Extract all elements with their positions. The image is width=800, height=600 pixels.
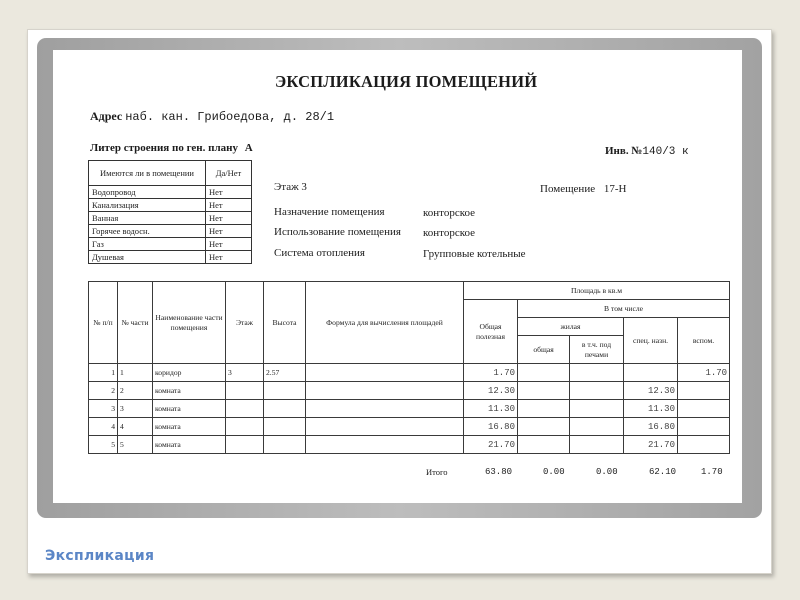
- table-row: 11коридор32.571.701.70: [89, 364, 730, 382]
- table-row: 22комната12.3012.30: [89, 382, 730, 400]
- utility-value: Нет: [206, 251, 252, 264]
- cell-living-total: [518, 418, 570, 436]
- cell-height: 2.57: [264, 364, 306, 382]
- header-living-stove: в т.ч. под печами: [570, 336, 624, 364]
- totals-living-total: 0.00: [543, 467, 565, 477]
- utility-value: Нет: [206, 212, 252, 225]
- totals-special: 62.10: [649, 467, 676, 477]
- header-living-total: общая: [518, 336, 570, 364]
- floor-label: Этаж 3: [274, 181, 307, 193]
- cell-total: 12.30: [464, 382, 518, 400]
- cell-np: 2: [89, 382, 118, 400]
- cell-height: [264, 418, 306, 436]
- table-row: 33комната11.3011.30: [89, 400, 730, 418]
- address-label: Адрес: [90, 109, 122, 123]
- cell-living-stove: [570, 382, 624, 400]
- totals-living-stove: 0.00: [596, 467, 618, 477]
- cell-formula: [306, 364, 464, 382]
- cell-special: 12.30: [624, 382, 678, 400]
- cell-aux: [678, 436, 730, 454]
- utility-name: Ванная: [89, 212, 206, 225]
- cell-living-total: [518, 382, 570, 400]
- header-aux: вспом.: [678, 318, 730, 364]
- cell-total: 11.30: [464, 400, 518, 418]
- cell-floor: 3: [226, 364, 264, 382]
- scanned-document: ЭКСПЛИКАЦИЯ ПОМЕЩЕНИЙ Адрес наб. кан. Гр…: [53, 50, 742, 503]
- cell-name: комната: [153, 436, 226, 454]
- cell-aux: 1.70: [678, 364, 730, 382]
- table-row: 55комната21.7021.70: [89, 436, 730, 454]
- address-line: Адрес наб. кан. Грибоедова, д. 28/1: [90, 109, 334, 124]
- utility-name: Душевая: [89, 251, 206, 264]
- cell-height: [264, 400, 306, 418]
- cell-np: 3: [89, 400, 118, 418]
- address-value: наб. кан. Грибоедова, д. 28/1: [125, 110, 334, 124]
- cell-part: 2: [118, 382, 153, 400]
- utility-value: Нет: [206, 238, 252, 251]
- cell-floor: [226, 418, 264, 436]
- room-line: Помещение 17-Н: [540, 183, 626, 195]
- util-header-yesno: Да/Нет: [206, 161, 252, 186]
- document-title: ЭКСПЛИКАЦИЯ ПОМЕЩЕНИЙ: [275, 72, 537, 92]
- header-height: Высота: [264, 282, 306, 364]
- cell-formula: [306, 382, 464, 400]
- cell-part: 5: [118, 436, 153, 454]
- cell-living-stove: [570, 436, 624, 454]
- cell-np: 1: [89, 364, 118, 382]
- utility-row: ДушеваяНет: [89, 251, 252, 264]
- utility-row: КанализацияНет: [89, 199, 252, 212]
- cell-living-stove: [570, 364, 624, 382]
- utilities-table: Имеются ли в помещении Да/Нет Водопровод…: [88, 160, 252, 264]
- cell-special: [624, 364, 678, 382]
- utility-value: Нет: [206, 199, 252, 212]
- cell-name: комната: [153, 418, 226, 436]
- utility-row: ГазНет: [89, 238, 252, 251]
- cell-part: 1: [118, 364, 153, 382]
- cell-part: 4: [118, 418, 153, 436]
- property-label: Использование помещения: [274, 226, 401, 238]
- header-living: жилая: [518, 318, 624, 336]
- cell-living-total: [518, 364, 570, 382]
- cell-total: 21.70: [464, 436, 518, 454]
- header-including: В том числе: [518, 300, 730, 318]
- header-np: № п/п: [89, 282, 118, 364]
- cell-np: 5: [89, 436, 118, 454]
- cell-living-total: [518, 400, 570, 418]
- cell-height: [264, 436, 306, 454]
- cell-floor: [226, 382, 264, 400]
- cell-np: 4: [89, 418, 118, 436]
- inv-label: Инв. №: [605, 145, 642, 157]
- liter-label: Литер строения по ген. плану: [90, 142, 238, 154]
- liter-value: А: [245, 142, 253, 154]
- cell-special: 16.80: [624, 418, 678, 436]
- slide-caption: Экспликация: [45, 548, 154, 564]
- totals-total: 63.80: [485, 467, 512, 477]
- cell-aux: [678, 400, 730, 418]
- cell-formula: [306, 418, 464, 436]
- utility-name: Горячее водосн.: [89, 225, 206, 238]
- cell-special: 11.30: [624, 400, 678, 418]
- property-value: конторское: [423, 227, 475, 239]
- cell-floor: [226, 436, 264, 454]
- header-formula: Формула для вычисления площадей: [306, 282, 464, 364]
- util-header-presence: Имеются ли в помещении: [89, 161, 206, 186]
- totals-label: Итого: [426, 467, 448, 477]
- cell-living-stove: [570, 400, 624, 418]
- utility-row: ВаннаяНет: [89, 212, 252, 225]
- cell-aux: [678, 382, 730, 400]
- property-label: Система отопления: [274, 247, 365, 259]
- utility-name: Водопровод: [89, 186, 206, 199]
- header-special: спец. назн.: [624, 318, 678, 364]
- explication-table: № п/п № части Наименование части помещен…: [88, 281, 730, 454]
- property-value: конторское: [423, 207, 475, 219]
- header-total: Общая полезная: [464, 300, 518, 364]
- cell-name: коридор: [153, 364, 226, 382]
- utility-value: Нет: [206, 186, 252, 199]
- totals-aux: 1.70: [701, 467, 723, 477]
- inventory-number: Инв. №140/3 к: [605, 145, 689, 158]
- cell-floor: [226, 400, 264, 418]
- utility-name: Газ: [89, 238, 206, 251]
- utility-name: Канализация: [89, 199, 206, 212]
- cell-aux: [678, 418, 730, 436]
- header-part: № части: [118, 282, 153, 364]
- cell-living-total: [518, 436, 570, 454]
- inv-value: 140/3 к: [642, 146, 688, 158]
- cell-name: комната: [153, 400, 226, 418]
- cell-formula: [306, 400, 464, 418]
- cell-formula: [306, 436, 464, 454]
- utility-row: Горячее водосн.Нет: [89, 225, 252, 238]
- utility-row: ВодопроводНет: [89, 186, 252, 199]
- cell-height: [264, 382, 306, 400]
- cell-total: 16.80: [464, 418, 518, 436]
- header-floor: Этаж: [226, 282, 264, 364]
- room-label: Помещение: [540, 183, 595, 195]
- liter-line: Литер строения по ген. плану А: [90, 142, 253, 154]
- header-area: Площадь в кв.м: [464, 282, 730, 300]
- table-row: 44комната16.8016.80: [89, 418, 730, 436]
- header-name: Наименование части помещения: [153, 282, 226, 364]
- cell-total: 1.70: [464, 364, 518, 382]
- cell-name: комната: [153, 382, 226, 400]
- cell-special: 21.70: [624, 436, 678, 454]
- room-value: 17-Н: [604, 183, 627, 195]
- property-value: Групповые котельные: [423, 248, 526, 260]
- property-label: Назначение помещения: [274, 206, 385, 218]
- utility-value: Нет: [206, 225, 252, 238]
- cell-living-stove: [570, 418, 624, 436]
- cell-part: 3: [118, 400, 153, 418]
